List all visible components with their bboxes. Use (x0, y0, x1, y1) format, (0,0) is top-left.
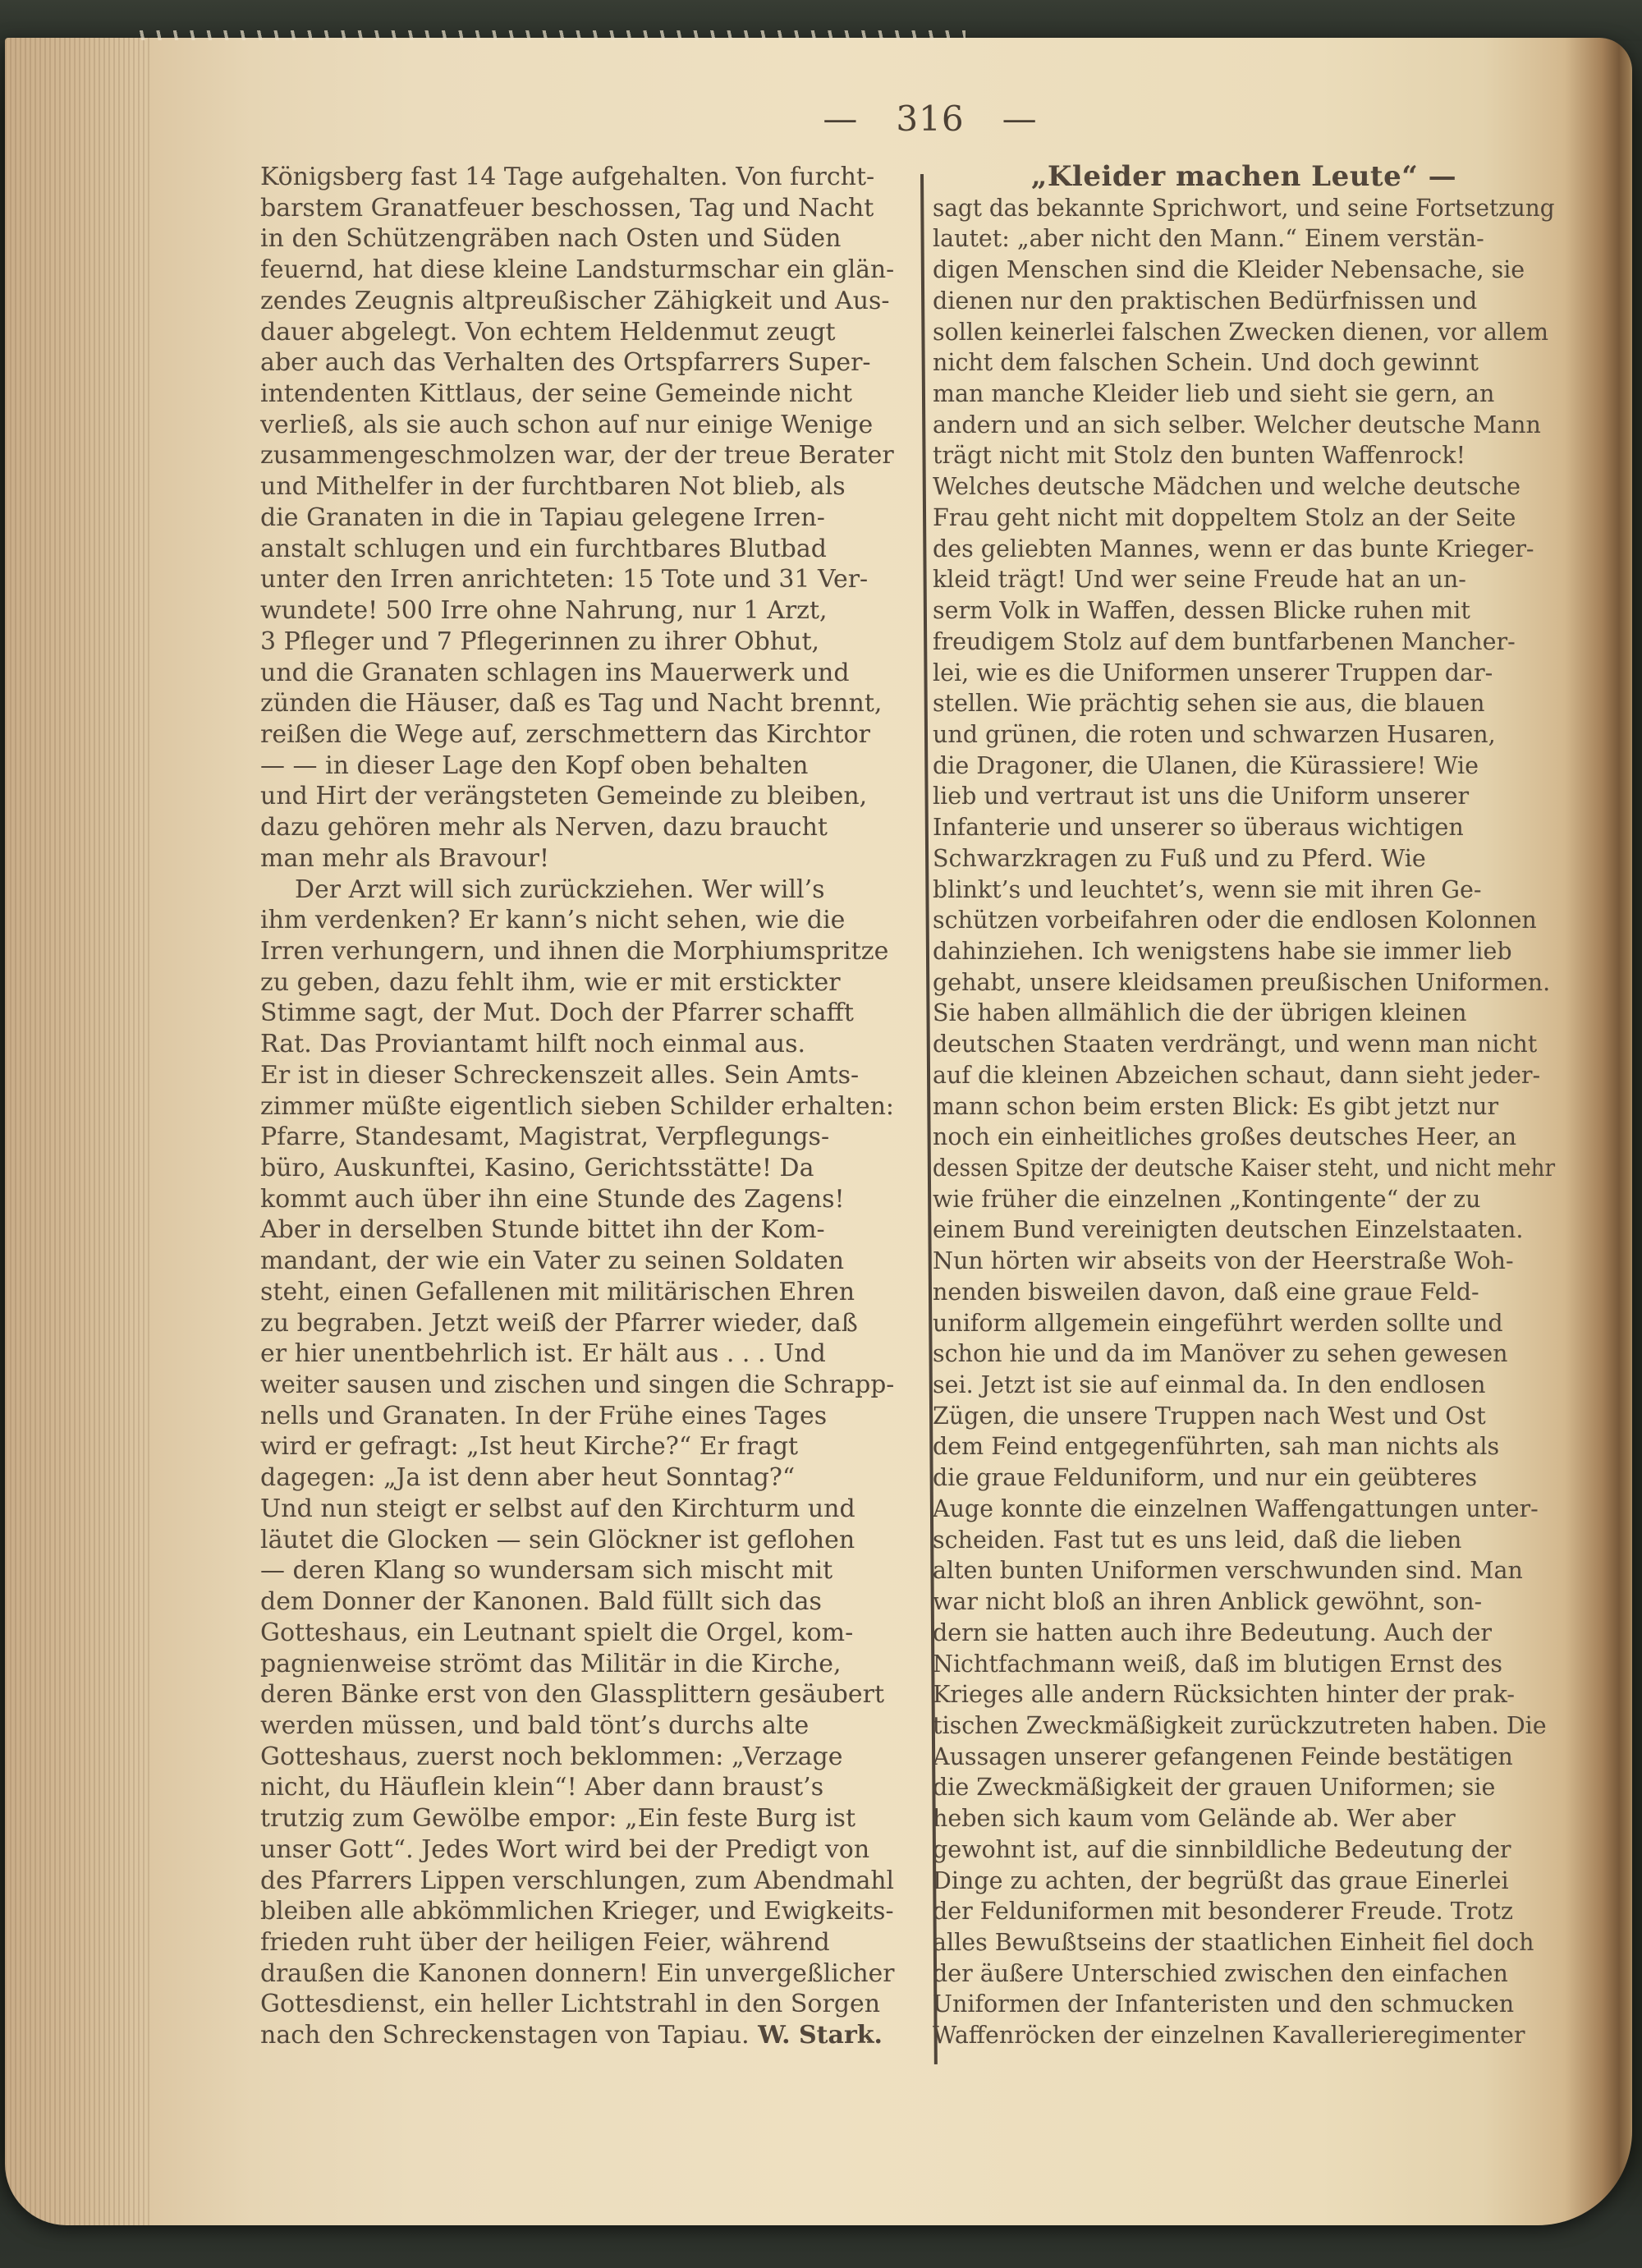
text-line: nicht dem falschen Schein. Und doch gewi… (933, 347, 1555, 379)
text-line: mandant, der wie ein Vater zu seinen Sol… (260, 1246, 894, 1277)
text-line: scheiden. Fast tut es uns leid, daß die … (933, 1525, 1555, 1556)
text-line: man mehr als Bravour! (260, 843, 894, 875)
text-line: zimmer müßte eigentlich sieben Schilder … (260, 1091, 892, 1123)
page-number: — 316 — (823, 99, 1037, 139)
text-line: Pfarre, Standesamt, Magistrat, Verpflegu… (260, 1122, 894, 1153)
text-line: Sie haben allmählich die der übrigen kle… (933, 998, 1555, 1029)
text-line: kommt auch über ihn eine Stunde des Zage… (260, 1184, 894, 1215)
text-line: wird er gefragt: „Ist heut Kirche?“ Er f… (260, 1431, 894, 1462)
text-line: der äußere Unterschied zwischen den einf… (933, 1958, 1555, 1990)
text-line: nach den Schreckenstagen von Tapiau. W. … (260, 2020, 894, 2051)
text-line: bleiben alle abkömmlichen Krieger, und E… (260, 1896, 890, 1927)
text-line: dem Feind entgegenführten, sah man nicht… (933, 1431, 1555, 1462)
text-line: Zügen, die unsere Truppen nach West und … (933, 1401, 1555, 1432)
text-line: wundete! 500 Irre ohne Nahrung, nur 1 Ar… (260, 595, 894, 627)
text-line: unter den Irren anrichteten: 15 Tote und… (260, 564, 894, 595)
text-line: Gotteshaus, ein Leutnant spielt die Orge… (260, 1618, 894, 1649)
text-line: Stimme sagt, der Mut. Doch der Pfarrer s… (260, 998, 894, 1029)
text-line: nicht, du Häuflein klein“! Aber dann bra… (260, 1772, 894, 1803)
text-line: Welches deutsche Mädchen und welche deut… (933, 471, 1555, 503)
text-line: zu geben, dazu fehlt ihm, wie er mit ers… (260, 967, 894, 999)
text-line: Auge konnte die einzelnen Waffengattunge… (933, 1494, 1555, 1525)
text-line: Uniformen der Infanteristen und den schm… (933, 1989, 1555, 2020)
text-line: gehabt, unsere kleidsamen preußischen Un… (933, 967, 1555, 999)
text-line: aber auch das Verhalten des Ortspfarrers… (260, 347, 894, 379)
text-line: weiter sausen und zischen und singen die… (260, 1370, 885, 1401)
text-line: Und nun steigt er selbst auf den Kirchtu… (260, 1494, 894, 1525)
text-line: Frau geht nicht mit doppeltem Stolz an d… (933, 503, 1555, 534)
text-line: Gottesdienst, ein heller Lichtstrahl in … (260, 1989, 894, 2020)
text-line: draußen die Kanonen donnern! Ein unverge… (260, 1958, 889, 1990)
page-number-dash-left: — (823, 99, 858, 139)
text-line: Er ist in dieser Schreckenszeit alles. S… (260, 1060, 894, 1091)
text-line: nenden bisweilen davon, daß eine graue F… (933, 1277, 1555, 1308)
text-line: Waffenröcken der einzelnen Kavalleriereg… (933, 2020, 1555, 2051)
text-line: und Mithelfer in der furchtbaren Not bli… (260, 471, 894, 503)
text-line: lieb und vertraut ist uns die Uniform un… (933, 781, 1555, 812)
text-line: man manche Kleider lieb und sieht sie ge… (933, 379, 1555, 410)
text-line: ihm verdenken? Er kann’s nicht sehen, wi… (260, 905, 894, 936)
text-line: tischen Zweckmäßigkeit zurückzutreten ha… (933, 1710, 1555, 1742)
text-line: lei, wie es die Uniformen unserer Truppe… (933, 658, 1555, 689)
text-line: dauer abgelegt. Von echtem Heldenmut zeu… (260, 317, 894, 348)
text-line: dem Donner der Kanonen. Bald füllt sich … (260, 1586, 894, 1618)
text-line: Dinge zu achten, der begrüßt das graue E… (933, 1866, 1555, 1897)
text-line: serm Volk in Waffen, dessen Blicke ruhen… (933, 595, 1555, 627)
text-line: pagnienweise strömt das Militär in die K… (260, 1649, 894, 1680)
text-line: Infanterie und unserer so überaus wichti… (933, 812, 1555, 843)
text-line: des geliebten Mannes, wenn er das bunte … (933, 534, 1555, 565)
text-line: — — in dieser Lage den Kopf oben behalte… (260, 751, 894, 782)
text-line: läutet die Glocken — sein Glöckner ist g… (260, 1525, 894, 1556)
text-line: zu begraben. Jetzt weiß der Pfarrer wied… (260, 1308, 894, 1339)
article-heading: „Kleider machen Leute“ — (933, 162, 1555, 193)
text-line: des Pfarrers Lippen verschlungen, zum Ab… (260, 1866, 887, 1897)
text-line: sei. Jetzt ist sie auf einmal da. In den… (933, 1370, 1555, 1401)
text-line: Nun hörten wir abseits von der Heerstraß… (933, 1246, 1555, 1277)
text-line: reißen die Wege auf, zerschmettern das K… (260, 719, 894, 751)
text-line: Rat. Das Proviantamt hilft noch einmal a… (260, 1029, 894, 1060)
text-line: dern sie hatten auch ihre Bedeutung. Auc… (933, 1618, 1555, 1649)
text-line: und Hirt der verängsteten Gemeinde zu bl… (260, 781, 894, 812)
left-column: Königsberg fast 14 Tage aufgehalten. Von… (260, 162, 894, 2051)
text-line: die Granaten in die in Tapiau gelegene I… (260, 503, 894, 534)
text-line: sollen keinerlei falschen Zwecken dienen… (933, 317, 1555, 348)
text-line: mann schon beim ersten Blick: Es gibt je… (933, 1091, 1555, 1123)
text-line: dienen nur den praktischen Bedürfnissen … (933, 286, 1555, 317)
text-line: — deren Klang so wundersam sich mischt m… (260, 1555, 894, 1586)
text-line: noch ein einheitliches großes deutsches … (933, 1122, 1555, 1153)
text-line: die graue Felduniform, und nur ein geübt… (933, 1462, 1555, 1494)
text-line: verließ, als sie auch schon auf nur eini… (260, 410, 894, 441)
text-line: zusammengeschmolzen war, der der treue B… (260, 440, 894, 471)
text-line: nells und Granaten. In der Frühe eines T… (260, 1401, 894, 1432)
text-line: steht, einen Gefallenen mit militärische… (260, 1277, 894, 1308)
text-line: einem Bund vereinigten deutschen Einzels… (933, 1214, 1555, 1246)
page-number-value: 316 (896, 99, 964, 139)
text-line: blinkt’s und leuchtet’s, wenn sie mit ih… (933, 875, 1555, 906)
text-line: in den Schützengräben nach Osten und Süd… (260, 223, 894, 255)
text-line: auf die kleinen Abzeichen schaut, dann s… (933, 1060, 1555, 1091)
text-line: trägt nicht mit Stolz den bunten Waffenr… (933, 440, 1555, 471)
text-line: sagt das bekannte Sprichwort, und seine … (933, 193, 1541, 224)
text-line: der Felduniformen mit besonderer Freude.… (933, 1896, 1555, 1927)
text-line: er hier unentbehrlich ist. Er hält aus .… (260, 1338, 894, 1370)
text-line: deutschen Staaten verdrängt, und wenn ma… (933, 1029, 1555, 1060)
text-line: und grünen, die roten und schwarzen Husa… (933, 719, 1555, 751)
text-line: kleid trägt! Und wer seine Freude hat an… (933, 564, 1555, 595)
text-line: freudigem Stolz auf dem buntfarbenen Man… (933, 627, 1555, 658)
text-line: unser Gott“. Jedes Wort wird bei der Pre… (260, 1834, 894, 1866)
text-line: schützen vorbeifahren oder die endlosen … (933, 905, 1555, 936)
text-line: barstem Granatfeuer beschossen, Tag und … (260, 193, 894, 224)
text-line: Krieges alle andern Rücksichten hinter d… (933, 1679, 1555, 1710)
text-line: Aussagen unserer gefangenen Feinde bestä… (933, 1742, 1555, 1773)
text-line: frieden ruht über der heiligen Feier, wä… (260, 1927, 894, 1958)
page-number-dash-right: — (1002, 99, 1038, 139)
text-line: dahinziehen. Ich wenigstens habe sie imm… (933, 936, 1555, 967)
text-line: andern und an sich selber. Welcher deuts… (933, 410, 1555, 441)
text-line: die Zweckmäßigkeit der grauen Uniformen;… (933, 1772, 1555, 1803)
text-line: dessen Spitze der deutsche Kaiser steht,… (933, 1153, 1508, 1184)
text-line: deren Bänke erst von den Glassplittern g… (260, 1679, 894, 1710)
text-line: heben sich kaum vom Gelände ab. Wer aber (933, 1803, 1555, 1834)
text-line: werden müssen, und bald tönt’s durchs al… (260, 1710, 894, 1742)
signature: W. Stark. (750, 2021, 883, 2050)
right-column-text: sagt das bekannte Sprichwort, und seine … (933, 193, 1555, 2051)
text-line: anstalt schlugen und ein furchtbares Blu… (260, 534, 894, 565)
text-line: zendes Zeugnis altpreußischer Zähigkeit … (260, 286, 894, 317)
text-line: lautet: „aber nicht den Mann.“ Einem ver… (933, 223, 1555, 255)
text-line: intendenten Kittlaus, der seine Gemeinde… (260, 379, 894, 410)
text-line: dagegen: „Ja ist denn aber heut Sonntag?… (260, 1462, 894, 1494)
right-column: „Kleider machen Leute“ — sagt das bekann… (933, 162, 1555, 2051)
text-line: feuernd, hat diese kleine Landsturmschar… (260, 255, 888, 286)
text-line: zünden die Häuser, daß es Tag und Nacht … (260, 688, 894, 719)
text-line: Nichtfachmann weiß, daß im blutigen Erns… (933, 1649, 1555, 1680)
text-line: Gotteshaus, zuerst noch beklommen: „Verz… (260, 1742, 894, 1773)
text-line: Königsberg fast 14 Tage aufgehalten. Von… (260, 162, 894, 193)
text-line: 3 Pfleger und 7 Pflegerinnen zu ihrer Ob… (260, 627, 894, 658)
text-line: war nicht bloß an ihren Anblick gewöhnt,… (933, 1586, 1555, 1618)
text-line: dazu gehören mehr als Nerven, dazu brauc… (260, 812, 894, 843)
text-line: schon hie und da im Manöver zu sehen gew… (933, 1338, 1555, 1370)
text-line: Schwarzkragen zu Fuß und zu Pferd. Wie (933, 843, 1555, 875)
text-line: Der Arzt will sich zurückziehen. Wer wil… (260, 875, 894, 906)
text-line: büro, Auskunftei, Kasino, Gerichtsstätte… (260, 1153, 894, 1184)
text-line: digen Menschen sind die Kleider Nebensac… (933, 255, 1555, 286)
text-line: Aber in derselben Stunde bittet ihn der … (260, 1214, 894, 1246)
text-line: und die Granaten schlagen ins Mauerwerk … (260, 658, 894, 689)
text-line: trutzig zum Gewölbe empor: „Ein feste Bu… (260, 1803, 894, 1834)
text-line: gewohnt ist, auf die sinnbildliche Bedeu… (933, 1834, 1555, 1866)
text-line: stellen. Wie prächtig sehen sie aus, die… (933, 688, 1555, 719)
text-line: die Dragoner, die Ulanen, die Kürassiere… (933, 751, 1555, 782)
text-line: uniform allgemein eingeführt werden soll… (933, 1308, 1555, 1339)
text-line: alten bunten Uniformen verschwunden sind… (933, 1555, 1555, 1586)
text-line: wie früher die einzelnen „Kontingente“ d… (933, 1184, 1555, 1215)
text-line: Irren verhungern, und ihnen die Morphium… (260, 936, 894, 967)
text-line: alles Bewußtseins der staatlichen Einhei… (933, 1927, 1555, 1958)
